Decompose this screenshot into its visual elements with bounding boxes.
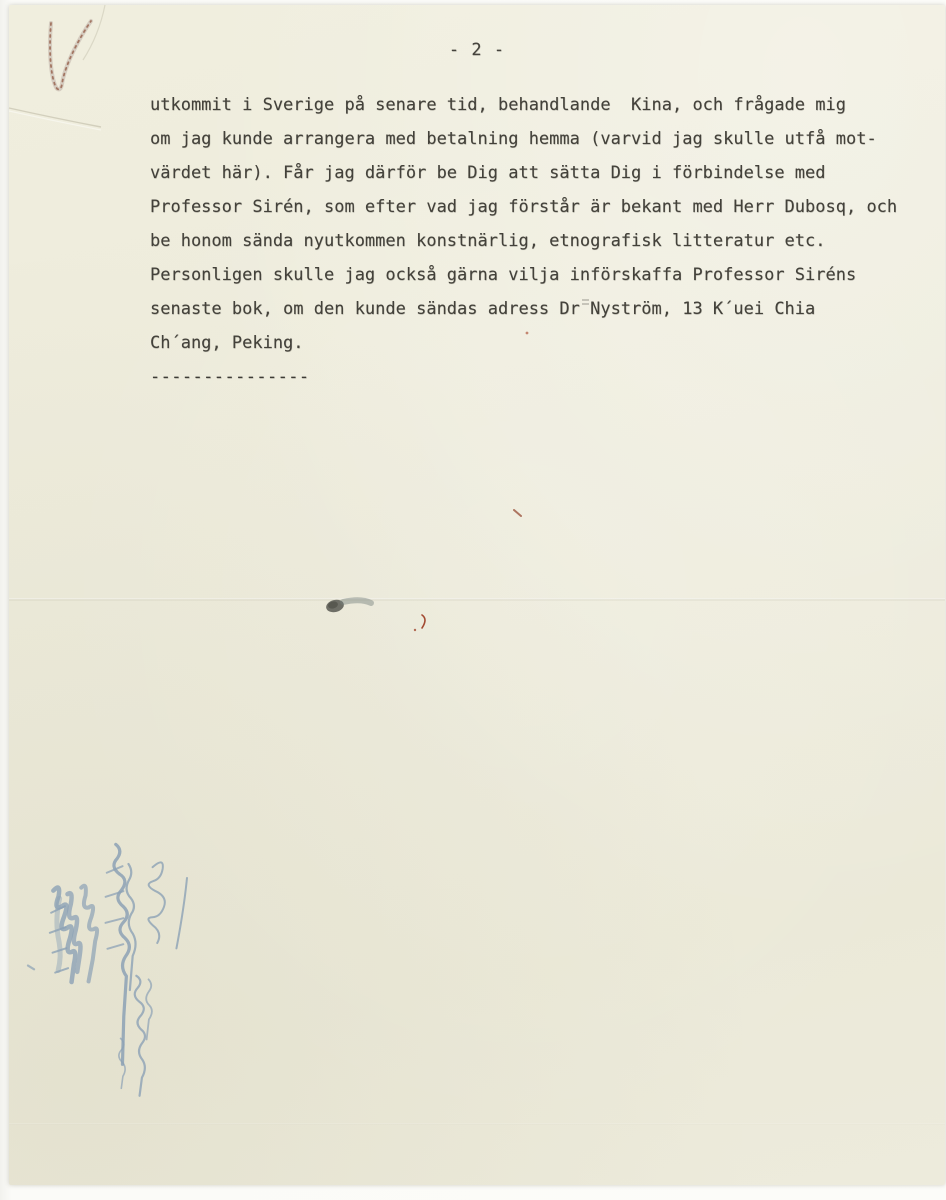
letter-page: - 2 - utkommit i Sverige på senare tid, … bbox=[9, 5, 945, 1185]
handwritten-annotation bbox=[15, 826, 244, 1104]
red-dot-icon bbox=[526, 332, 529, 335]
scanner-background: - 2 - utkommit i Sverige på senare tid, … bbox=[0, 0, 946, 1200]
ink-smudge-icon bbox=[325, 598, 371, 614]
rust-speck-icon bbox=[514, 510, 521, 516]
red-fleck-icon bbox=[414, 615, 425, 631]
overstrike-mark-icon bbox=[582, 300, 589, 304]
